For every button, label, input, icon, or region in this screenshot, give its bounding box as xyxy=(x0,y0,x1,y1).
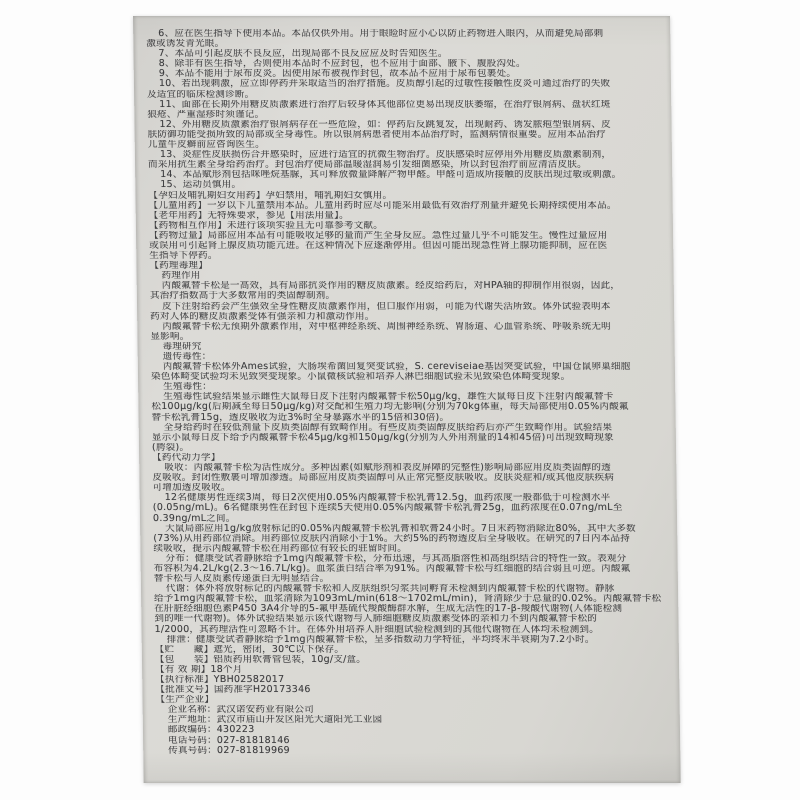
document-line: (腭裂)。 xyxy=(152,443,664,453)
document-line: 替卡松与人皮质素传递蛋白无明显结合。 xyxy=(154,574,666,584)
document-line: 排泄：健康受试者静脉给予1mg丙酸氟替卡松，呈多指数动力学特征，平均终末半衰期为… xyxy=(155,635,667,645)
document-line: 【药理毒理】 xyxy=(149,261,661,271)
document-line: 【执行标准】YBH02582017 xyxy=(155,675,667,685)
document-line: 狼疮、严重湿疹时须谨记。 xyxy=(147,110,659,120)
document-line: 10、若出现刺激，应立即停药并采取适当的治疗措施。皮质醇引起的过敏性接触性皮炎可… xyxy=(147,79,659,89)
document-line: 【生产企业】 xyxy=(155,695,667,705)
document-line: 1/2000，其药理活性可忽略不计。在体外用培养人肝细胞试验检测到的其他代谢物在… xyxy=(154,625,666,635)
document-line: 6、应在医生指导下使用本品。本品仅供外用。用于眼睑时应小心以防止药物进入眼内，从… xyxy=(146,29,658,39)
document-line: 而采用抗生素全身给药治疗。封包治疗使局部温暖湿润易引发细菌感染，所以封包治疗前应… xyxy=(148,160,660,170)
document-line: 8、除非有医生指导，否则使用本品时不应封包，也不应用于面部、腋下、腹股沟处。 xyxy=(147,59,659,69)
document-line: 【药代动力学】 xyxy=(152,453,664,463)
document-line: 生殖毒性： xyxy=(151,382,663,392)
document-line: 药理作用 xyxy=(150,271,662,281)
document-line: 14、本品赋形剂包括咪唑烷基脲，其可释放微量降解产物甲醛。甲醛可造成所接触的皮肤… xyxy=(148,170,660,180)
document-line: 染色体畸变试验均未见致突变现象。小鼠微核试验和培养人淋巴细胞试验未见致染色体畸变… xyxy=(151,372,663,382)
document-line: 【批准文号】国药准字H20173346 xyxy=(155,685,667,695)
document-line: 0.39ng/mL之间。 xyxy=(153,514,665,524)
document-line: 【老年用药】无特殊要求，参见【用法用量】。 xyxy=(149,211,661,221)
document-line: 生产地址：武汉市庙山开发区阳光大道阳光工业园 xyxy=(156,715,668,725)
document-line: 给予1mg丙酸氟替卡松，血浆清除为1093mL/min(618～1702mL/m… xyxy=(154,594,666,604)
document-line: 吸收：丙酸氟替卡松为活性成分。多种因素(如赋形剂和表皮屏障的完整性)影响局部应用… xyxy=(152,463,664,473)
document-line: 丙酸氟替卡松体外Ames试验，大肠埃希菌回复突变试验，S. cereviseia… xyxy=(151,362,663,372)
document-line: 12、外用糖皮质激素治疗银屑病存在一些危险，如：停药后反跳复发，出现耐药、诱发脓… xyxy=(147,120,659,130)
document-line: 替卡松乳膏15g，透皮吸收为近3%时全身暴露水平的15倍和30倍)。 xyxy=(152,413,664,423)
document-line: 到的唯一代谢物)。体外试验结果显示该代谢物与人肺细胞糖皮质激素受体的亲和力不到丙… xyxy=(154,614,666,624)
document-line: (0.05ng/mL)。6名健康男性在封包下连续5天使用0.05%丙酸氟替卡松乳… xyxy=(153,503,665,513)
document-line: 9、本品不能用于尿布皮炎。因使用尿布被视作封包，故本品不应用于尿布包裹处。 xyxy=(147,69,659,79)
document-line: 【药物相互作用】未进行该项实验且无可靠参考文献。 xyxy=(149,221,661,231)
document-line: 丙酸氟替卡松是一高效，具有局部抗炎作用的糖皮质激素。经皮给药后，对HPA轴的抑制… xyxy=(150,281,662,291)
document-line: 松100μg/kg(后期减至每日50μg/kg)对交配和生殖力均无影响(分别为7… xyxy=(151,402,663,412)
document-line: 大鼠局部应用1g/kg放射标记的0.05%丙酸氟替卡松乳膏和软膏24小时。7日末… xyxy=(153,524,665,534)
document-line: 在肝脏经细胞色素P450 3A4介导的5-氟甲基硫代羧酸酶群水解，生成无活性的1… xyxy=(154,604,666,614)
document-line: 生指导下停药。 xyxy=(149,251,661,261)
document-line: 【贮 藏】遮光，密闭，30℃以下保存。 xyxy=(155,645,667,655)
document-line: 续吸收，提示丙酸氟替卡松在用药部位有较长的驻留时间。 xyxy=(153,544,665,554)
document-line: 15、运动员慎用。 xyxy=(148,180,660,190)
document-line: (73%)从用药部位消除。用药部位皮肤内消除小于1%。大约5%的药物透皮后全身吸… xyxy=(153,534,665,544)
document-line: 或误用可引起肾上腺皮质功能亢进。在这种情况下应逐渐停用。但因可能出现急性肾上腺功… xyxy=(149,241,661,251)
document-line: 【孕妇及哺乳期妇女用药】孕妇禁用，哺乳期妇女慎用。 xyxy=(148,191,660,201)
document-line: 【有 效 期】18个月 xyxy=(155,665,667,675)
document-line: 全身给药时在较低剂量下皮质类固醇有致畸作用。有些皮质类固醇皮肤给药后亦产生致畸作… xyxy=(152,423,664,433)
document-line: 皮下注射给药会产生强效全身性糖皮质激素作用，但口服作用弱，可能为代谢失活所致。体… xyxy=(150,302,662,312)
document-line: 肤防御功能受损所致的局部或全身毒性。所以银屑病患者使用本品治疗时，监测病情很重要… xyxy=(148,130,660,140)
document-line: 企业名称：武汉诺安药业有限公司 xyxy=(156,705,668,715)
document-line: 遗传毒性： xyxy=(151,352,663,362)
document-line: 药对人体的糖皮质激素受体有强亲和力和激动作用。 xyxy=(150,312,662,322)
document-line: 【包 装】铝质药用软膏管包装，10g/支/盒。 xyxy=(155,655,667,665)
document-line: 生殖毒性试验结果显示雌性大鼠每日皮下注射丙酸氟替卡松50μg/kg，雄性大鼠每日… xyxy=(151,392,663,402)
document-line: 激或诱发青光眼。 xyxy=(146,39,658,49)
document-line: 及适宜的临床检测诊断。 xyxy=(147,90,659,100)
paper-sheet: 6、应在医生指导下使用本品。本品仅供外用。用于眼睑时应小心以防止药物进入眼内，从… xyxy=(133,16,681,783)
document-line: 13、炎症性皮肤损伤合并感染时，应进行适宜的抗微生物治疗。皮肤感染时应停用外用糖… xyxy=(148,150,660,160)
document-line: 代谢：体外将放射标记的丙酸氟替卡松和人皮肤组织匀浆共同孵育未检测到丙酸氟替卡松的… xyxy=(154,584,666,594)
document-line: 布容积为4.2L/kg(2.3～16.7L/kg)。血浆蛋白结合率为91%。丙酸… xyxy=(154,564,666,574)
document-line: 电话号码：027-81818146 xyxy=(156,736,668,746)
document-line: 毒理研究 xyxy=(151,342,663,352)
document-line: 【药物过量】局部应用本品有可能吸收足够的量而产生全身反应。急性过量几乎不可能发生… xyxy=(149,231,661,241)
document-line: 邮政编码：430223 xyxy=(156,725,668,735)
document-line: 分布：健康受试者静脉给予1mg丙酸氟替卡松，分布迅速，与其高脂溶性和高组织结合的… xyxy=(154,554,666,564)
document-line: 11、面部在长期外用糖皮质激素进行治疗后较身体其他部位更易出现皮肤萎缩，在治疗银… xyxy=(147,100,659,110)
document-line: 丙酸氟替卡松无预期外激素作用，对中枢神经系统、周围神经系统、胃肠道、心血管系统、… xyxy=(150,322,662,332)
photo-background: 6、应在医生指导下使用本品。本品仅供外用。用于眼睑时应小心以防止药物进入眼内，从… xyxy=(0,0,800,800)
document-line: 儿童牛皮癣前应咨询医生。 xyxy=(148,140,660,150)
document-line: 7、本品可引起皮肤不良反应，出现局部不良反应应及时告知医生。 xyxy=(146,49,658,59)
document-line: 可增加透皮吸收。 xyxy=(153,483,665,493)
document-line: 【儿童用药】一岁以下儿童禁用本品。儿童用药时应尽可能采用最低有效治疗剂量并避免长… xyxy=(149,201,661,211)
document-line: 显示小鼠每日皮下给予丙酸氟替卡松45μg/kg和150μg/kg(分别为人外用剂… xyxy=(152,433,664,443)
document-line: 传真号码：027-81819969 xyxy=(156,746,668,756)
document-line: 12名健康男性连续3周，每日2次使用0.05%丙酸氟替卡松乳膏12.5g，血药浓… xyxy=(153,493,665,503)
document-line: 皮吸收。封闭性敷裹可增加渗透。局部应用皮质类固醇可从正常完整皮肤吸收。皮肤炎症和… xyxy=(152,473,664,483)
document-lines: 6、应在医生指导下使用本品。本品仅供外用。用于眼睑时应小心以防止药物进入眼内，从… xyxy=(133,16,680,756)
document-line: 其治疗指数高于大多数常用的类固醇制剂。 xyxy=(150,291,662,301)
document-line: 显影响。 xyxy=(150,332,662,342)
